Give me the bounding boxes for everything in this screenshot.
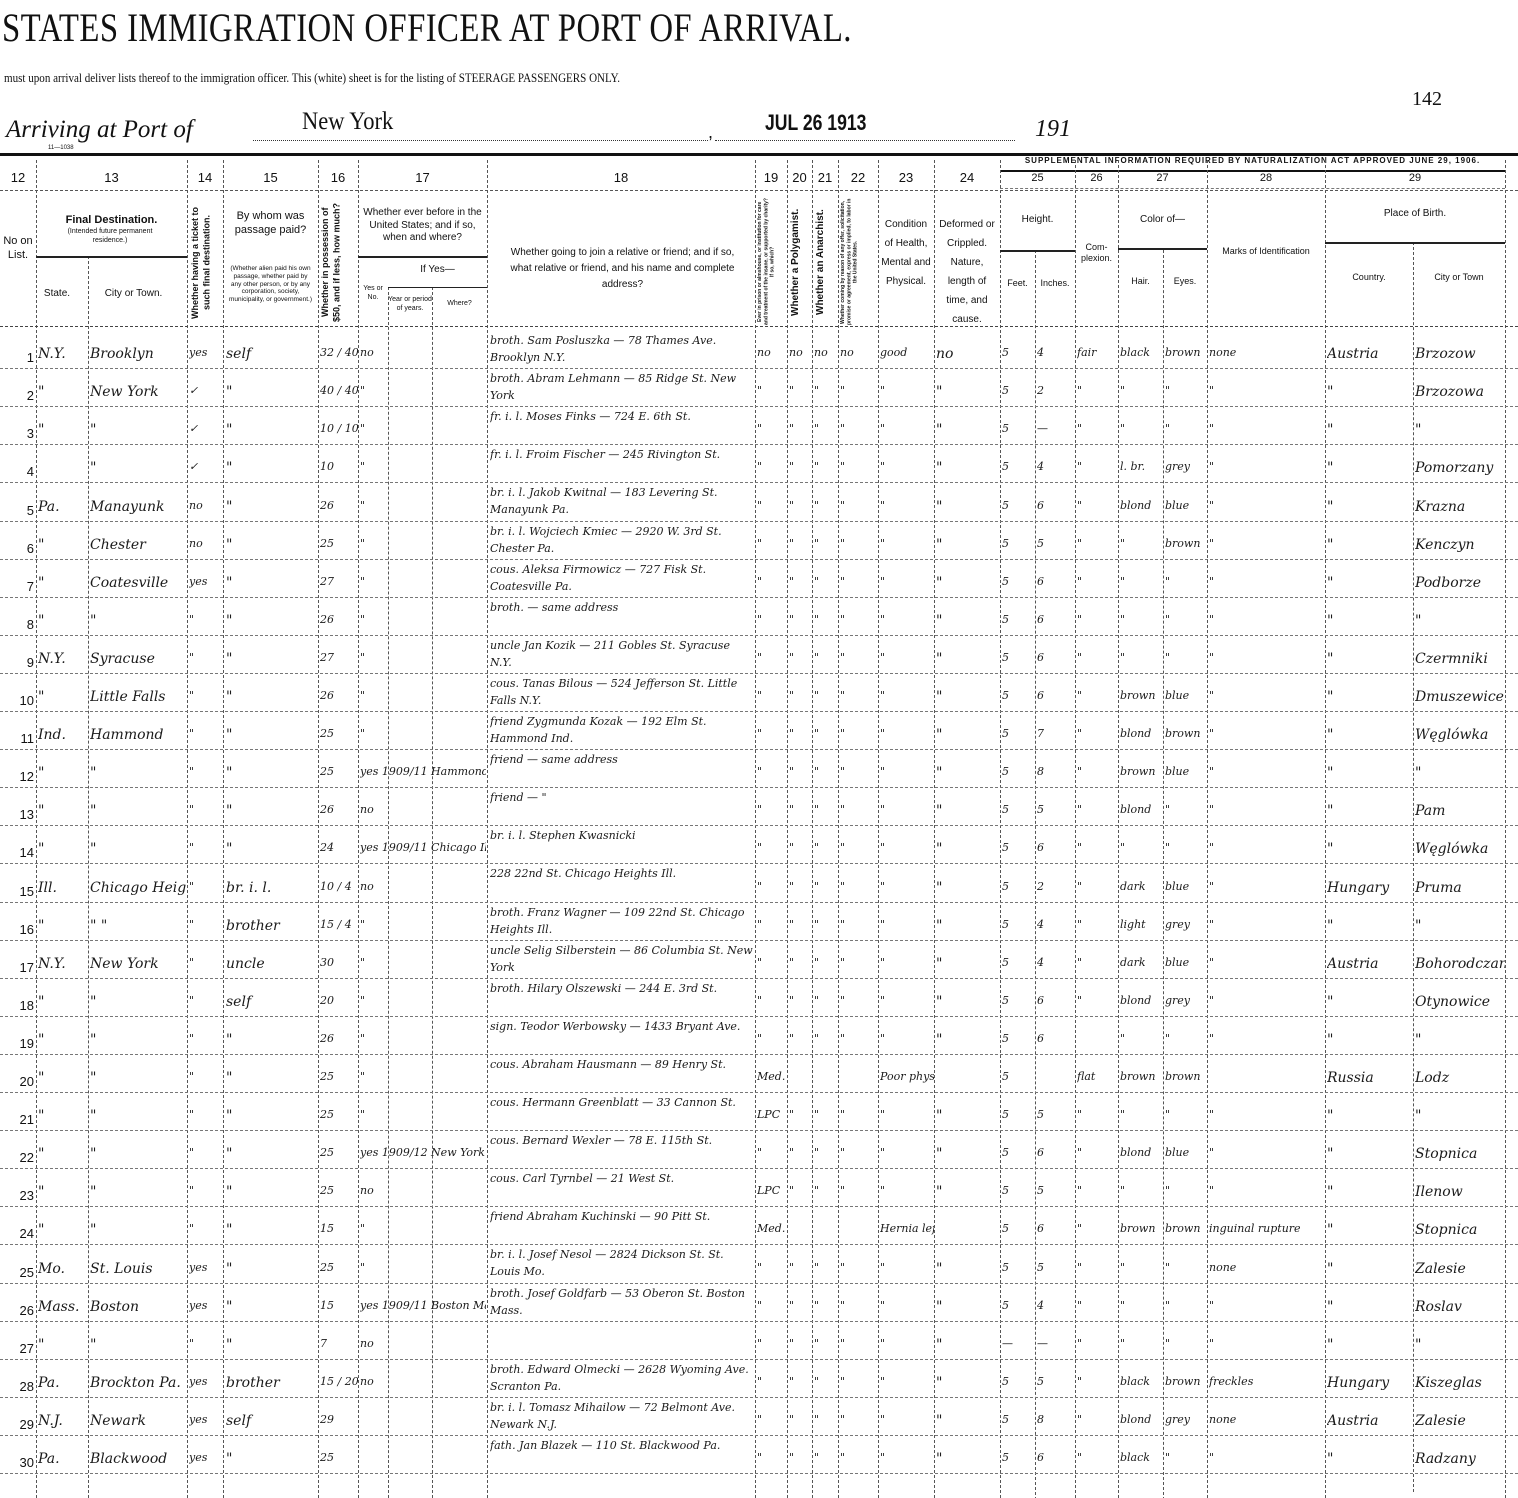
ticket-cell: "	[189, 956, 221, 969]
city-cell: Brockton Pa.	[90, 1375, 186, 1391]
complexion-cell: "	[1077, 422, 1117, 435]
deformed-cell: "	[936, 499, 998, 515]
health-cell: "	[880, 918, 934, 931]
deformed-cell: "	[936, 841, 998, 857]
previous-us-cell: no	[360, 1337, 486, 1350]
paid-by-cell: "	[226, 1222, 316, 1238]
col-14-num: 14	[187, 170, 223, 186]
col-24-num: 24	[934, 170, 1000, 186]
eye-color-cell: "	[1165, 841, 1206, 854]
height-inches-cell: 6	[1037, 651, 1073, 664]
previous-us-cell: yes 1909/12 New York	[360, 1146, 486, 1159]
polygamist-cell: "	[789, 1146, 811, 1159]
hair-color-cell: "	[1120, 575, 1162, 588]
health-cell: "	[880, 1451, 934, 1464]
row-number: 16	[0, 922, 34, 937]
deformed-cell: no	[936, 346, 998, 362]
birth-city-cell: Brzozow	[1415, 346, 1505, 362]
health-cell: "	[880, 651, 934, 664]
column-rule	[1207, 160, 1208, 1498]
marks-cell: "	[1209, 1299, 1323, 1312]
paid-by-cell: self	[226, 346, 316, 362]
prison-cell: "	[757, 1375, 787, 1388]
state-cell: "	[38, 537, 86, 553]
ticket-cell: yes	[189, 1451, 221, 1464]
birth-country-cell: "	[1327, 422, 1411, 438]
row-number: 13	[0, 807, 34, 822]
money-cell: 15	[320, 1222, 358, 1235]
row-rule	[0, 559, 1518, 560]
height-feet-cell: 5	[1002, 460, 1034, 473]
birth-city-cell: "	[1415, 422, 1505, 438]
labor-contract-cell: "	[840, 994, 876, 1007]
polygamist-cell: "	[789, 765, 811, 778]
previous-us-cell: yes 1909/11 Boston Mass.	[360, 1299, 486, 1312]
money-cell: 30	[320, 956, 358, 969]
complexion-cell: "	[1077, 765, 1117, 778]
money-cell: 25	[320, 1261, 358, 1274]
health-cell: "	[880, 765, 934, 778]
height-inches-cell: 6	[1037, 1032, 1073, 1045]
hair-color-cell: brown	[1120, 689, 1162, 702]
health-cell: "	[880, 1375, 934, 1388]
birth-city-cell: Kiszeglas	[1415, 1375, 1505, 1391]
height-inches-cell: 4	[1037, 346, 1073, 359]
complexion-cell: "	[1077, 1146, 1117, 1159]
arriving-label: Arriving at Port of	[6, 116, 193, 144]
previous-us-cell: "	[360, 1108, 486, 1121]
anarchist-cell: "	[814, 689, 836, 702]
col-13-num: 13	[36, 170, 187, 186]
header-bottom-rule	[0, 326, 1518, 327]
money-cell: 27	[320, 651, 358, 664]
deformed-cell: "	[936, 689, 998, 705]
row-rule	[0, 711, 1518, 712]
eye-color-cell: "	[1165, 613, 1206, 626]
height-feet-cell: 5	[1002, 689, 1034, 702]
labor-contract-cell: "	[840, 384, 876, 397]
col-17-num: 17	[358, 170, 487, 186]
previous-us-cell: yes 1909/11 Chicago Ill.	[360, 841, 486, 854]
polygamist-cell: "	[789, 1451, 811, 1464]
row-number: 25	[0, 1265, 34, 1280]
col-27-num: 27	[1118, 172, 1207, 186]
col-27-hair: Hair.	[1118, 276, 1163, 287]
row-number: 5	[0, 503, 34, 518]
eye-color-cell: brown	[1165, 346, 1206, 359]
join-relative-cell: broth. — same address	[490, 599, 754, 635]
birth-city-cell: "	[1415, 918, 1505, 934]
height-feet-cell: 5	[1002, 651, 1034, 664]
height-feet-cell: 5	[1002, 613, 1034, 626]
marks-cell: "	[1209, 1337, 1323, 1350]
marks-cell: "	[1209, 575, 1323, 588]
col-28-num: 28	[1207, 172, 1325, 186]
complexion-cell: fair	[1077, 346, 1117, 359]
ticket-cell: yes	[189, 1299, 221, 1312]
column-rule	[318, 160, 319, 1498]
previous-us-cell: "	[360, 994, 486, 1007]
previous-us-cell: no	[360, 880, 486, 893]
anarchist-cell: "	[814, 727, 836, 740]
row-rule	[0, 1244, 1518, 1245]
complexion-cell: "	[1077, 841, 1117, 854]
complexion-cell: "	[1077, 803, 1117, 816]
birth-country-cell: "	[1327, 1032, 1411, 1048]
col-18-num: 18	[487, 170, 755, 186]
join-relative-cell: br. i. l. Jakob Kwitnal — 183 Levering S…	[490, 484, 754, 520]
hair-color-cell: blond	[1120, 994, 1162, 1007]
prison-cell: Med. cert.	[757, 1222, 787, 1235]
health-cell: "	[880, 613, 934, 626]
city-cell: "	[90, 994, 186, 1010]
complexion-cell: "	[1077, 918, 1117, 931]
complexion-cell: "	[1077, 1108, 1117, 1121]
height-feet-cell: 5	[1002, 841, 1034, 854]
height-inches-cell: 2	[1037, 880, 1073, 893]
previous-us-cell: "	[360, 1032, 486, 1045]
paid-by-cell: self	[226, 994, 316, 1010]
row-rule	[0, 521, 1518, 522]
join-relative-cell: friend — same address	[490, 751, 754, 787]
previous-us-cell: "	[360, 689, 486, 702]
col-17-ifyes: If Yes—	[388, 264, 487, 277]
row-number: 2	[0, 388, 34, 403]
state-cell: "	[38, 689, 86, 705]
height-feet-cell: 5	[1002, 1413, 1034, 1426]
state-cell: Mass.	[38, 1299, 86, 1315]
row-number: 24	[0, 1226, 34, 1241]
city-cell: New York	[90, 384, 186, 400]
col-19-num: 19	[755, 170, 787, 186]
labor-contract-cell: "	[840, 765, 876, 778]
health-cell: "	[880, 1108, 934, 1121]
complexion-cell: "	[1077, 575, 1117, 588]
eye-color-cell: brown	[1165, 727, 1206, 740]
birth-country-cell: "	[1327, 1451, 1411, 1467]
ticket-cell: "	[189, 613, 221, 626]
year-prefix: 191	[1035, 116, 1071, 143]
col-21-num: 21	[812, 170, 838, 186]
marks-cell: "	[1209, 803, 1323, 816]
health-cell: "	[880, 1146, 934, 1159]
deformed-cell: "	[936, 1108, 998, 1124]
ticket-cell: "	[189, 841, 221, 854]
row-rule	[0, 1321, 1518, 1322]
birth-city-cell: Pruma	[1415, 880, 1505, 896]
previous-us-cell: no	[360, 346, 486, 359]
health-cell: "	[880, 956, 934, 969]
birth-country-cell: Hungary	[1327, 880, 1411, 896]
labor-contract-cell: "	[840, 1146, 876, 1159]
birth-city-cell: Lodz	[1415, 1070, 1505, 1086]
anarchist-cell: "	[814, 1032, 836, 1045]
hair-color-cell: "	[1120, 613, 1162, 626]
labor-contract-cell: "	[840, 651, 876, 664]
row-number: 18	[0, 998, 34, 1013]
money-cell: 10	[320, 460, 358, 473]
marks-cell: "	[1209, 918, 1323, 931]
birth-country-cell: "	[1327, 537, 1411, 553]
port-line	[253, 140, 708, 141]
prison-cell: "	[757, 460, 787, 473]
previous-us-cell: "	[360, 956, 486, 969]
state-cell: "	[38, 1108, 86, 1124]
city-cell: "	[90, 765, 186, 781]
birth-city-cell: "	[1415, 1108, 1505, 1124]
col-13-label: Final Destination.	[36, 214, 187, 228]
hair-color-cell: "	[1120, 1184, 1162, 1197]
eye-color-cell: grey	[1165, 460, 1206, 473]
anarchist-cell: "	[814, 1337, 836, 1350]
birth-city-cell: Roslav	[1415, 1299, 1505, 1315]
city-cell: Brooklyn	[90, 346, 186, 362]
column-rule	[934, 160, 935, 1498]
join-relative-cell: broth. Edward Olmecki — 2628 Wyoming Ave…	[490, 1361, 754, 1397]
column-rule	[36, 160, 37, 1498]
state-cell: "	[38, 803, 86, 819]
anarchist-cell: "	[814, 994, 836, 1007]
hair-color-cell: "	[1120, 841, 1162, 854]
previous-us-cell: "	[360, 537, 486, 550]
column-rule	[1325, 160, 1326, 1498]
state-cell: N.Y.	[38, 651, 86, 667]
polygamist-cell: "	[789, 1337, 811, 1350]
height-feet-cell: 5	[1002, 1146, 1034, 1159]
marks-cell: "	[1209, 499, 1323, 512]
col-12-num: 12	[0, 170, 36, 186]
join-relative-cell: uncle Selig Silberstein — 86 Columbia St…	[490, 942, 754, 978]
health-cell: "	[880, 689, 934, 702]
previous-us-cell: yes 1909/11 Hammond Ind.	[360, 765, 486, 778]
birth-city-cell: Zalesie	[1415, 1413, 1505, 1429]
column-rule	[1035, 250, 1036, 1498]
money-cell: 25	[320, 1070, 358, 1083]
prison-cell: "	[757, 384, 787, 397]
birth-country-cell: "	[1327, 1261, 1411, 1277]
birth-country-cell: "	[1327, 384, 1411, 400]
hair-color-cell: blond	[1120, 1146, 1162, 1159]
marks-cell: "	[1209, 460, 1323, 473]
health-cell: "	[880, 575, 934, 588]
complexion-cell: "	[1077, 613, 1117, 626]
row-rule	[0, 1168, 1518, 1169]
previous-us-cell: no	[360, 1375, 486, 1388]
column-rule	[187, 160, 188, 1498]
marks-cell: none	[1209, 1413, 1323, 1426]
col-29-rule	[1325, 242, 1505, 244]
state-cell: N.J.	[38, 1413, 86, 1429]
col-15-num: 15	[223, 170, 318, 186]
eye-color-cell: "	[1165, 575, 1206, 588]
anarchist-cell: "	[814, 1451, 836, 1464]
paid-by-cell: "	[226, 1337, 316, 1353]
row-rule	[0, 368, 1518, 369]
col-22-num: 22	[838, 170, 878, 186]
col-16-label: Whether in possession of $50, and if les…	[320, 198, 356, 326]
eye-color-cell: "	[1165, 1184, 1206, 1197]
polygamist-cell: "	[789, 537, 811, 550]
ticket-cell: no	[189, 499, 221, 512]
hair-color-cell: l. br.	[1120, 460, 1162, 473]
row-number: 22	[0, 1150, 34, 1165]
prison-cell: "	[757, 841, 787, 854]
complexion-cell: "	[1077, 537, 1117, 550]
marks-cell: "	[1209, 1108, 1323, 1121]
health-cell: "	[880, 1413, 934, 1426]
previous-us-cell: "	[360, 422, 486, 435]
polygamist-cell: "	[789, 613, 811, 626]
height-feet-cell: 5	[1002, 1261, 1034, 1274]
eye-color-cell: "	[1165, 384, 1206, 397]
row-number: 28	[0, 1379, 34, 1394]
birth-country-cell: "	[1327, 727, 1411, 743]
polygamist-cell: "	[789, 841, 811, 854]
birth-city-cell: Ilenow	[1415, 1184, 1505, 1200]
col-14-label: Whether having a ticket to such final de…	[190, 200, 220, 325]
eye-color-cell: "	[1165, 1032, 1206, 1045]
birth-country-cell: "	[1327, 1299, 1411, 1315]
height-inches-cell: 5	[1037, 803, 1073, 816]
anarchist-cell: "	[814, 1261, 836, 1274]
col-19-label: Ever in prison or almshouse, or institut…	[757, 198, 785, 326]
join-relative-cell: cous. Tanas Bilous — 524 Jefferson St. L…	[490, 675, 754, 711]
ticket-cell: "	[189, 803, 221, 816]
city-cell: "	[90, 1184, 186, 1200]
city-cell: " "	[90, 918, 186, 934]
birth-country-cell: "	[1327, 613, 1411, 629]
hair-color-cell: "	[1120, 1261, 1162, 1274]
city-cell: "	[90, 1032, 186, 1048]
deformed-cell: "	[936, 765, 998, 781]
ticket-cell: "	[189, 765, 221, 778]
paid-by-cell: "	[226, 1070, 316, 1086]
anarchist-cell: "	[814, 575, 836, 588]
previous-us-cell: "	[360, 613, 486, 626]
money-cell: 10 / 4	[320, 880, 358, 893]
polygamist-cell: "	[789, 1108, 811, 1121]
anarchist-cell: no	[814, 346, 836, 359]
city-cell: "	[90, 422, 186, 438]
deformed-cell: "	[936, 1451, 998, 1467]
birth-country-cell: "	[1327, 765, 1411, 781]
row-rule	[0, 1092, 1518, 1093]
city-cell: Little Falls	[90, 689, 186, 705]
height-feet-cell: —	[1002, 1337, 1034, 1350]
col-25-feet: Feet.	[1000, 278, 1035, 289]
col-15-sub: (Whether alien paid his own passage, whe…	[228, 265, 313, 304]
column-rule	[838, 160, 839, 1498]
birth-city-cell: Bohorodczany	[1415, 956, 1505, 972]
eye-color-cell: "	[1165, 1337, 1206, 1350]
height-inches-cell: 5	[1037, 1184, 1073, 1197]
deformed-cell: "	[936, 956, 998, 972]
eye-color-cell: brown	[1165, 1070, 1206, 1083]
labor-contract-cell: "	[840, 422, 876, 435]
row-number: 30	[0, 1455, 34, 1470]
col-24-label: Deformed or Crippled. Nature, length of …	[936, 215, 998, 329]
anarchist-cell: "	[814, 384, 836, 397]
hair-color-cell: brown	[1120, 1070, 1162, 1083]
city-cell: Boston	[90, 1299, 186, 1315]
previous-us-cell: "	[360, 1261, 486, 1274]
height-feet-cell: 5	[1002, 727, 1034, 740]
height-inches-cell: 5	[1037, 1375, 1073, 1388]
anarchist-cell: "	[814, 1413, 836, 1426]
eye-color-cell: "	[1165, 1451, 1206, 1464]
complexion-cell: "	[1077, 1451, 1117, 1464]
col-27-label: Color of—	[1118, 214, 1207, 227]
height-inches-cell: 5	[1037, 537, 1073, 550]
height-feet-cell: 5	[1002, 1108, 1034, 1121]
health-cell: "	[880, 1261, 934, 1274]
height-feet-cell: 5	[1002, 1451, 1034, 1464]
anarchist-cell: "	[814, 956, 836, 969]
ticket-cell: yes	[189, 1413, 221, 1426]
marks-cell: inguinal rupture	[1209, 1222, 1323, 1235]
prison-cell: "	[757, 613, 787, 626]
form-instructions: must upon arrival deliver lists thereof …	[4, 70, 620, 86]
state-cell: Mo.	[38, 1261, 86, 1277]
money-cell: 24	[320, 841, 358, 854]
city-cell: Chicago Heights	[90, 880, 186, 896]
health-cell: "	[880, 803, 934, 816]
hair-color-cell: blond	[1120, 803, 1162, 816]
anarchist-cell: "	[814, 1146, 836, 1159]
ticket-cell: "	[189, 918, 221, 931]
state-cell: "	[38, 422, 86, 438]
birth-country-cell: "	[1327, 918, 1411, 934]
city-cell: Blackwood	[90, 1451, 186, 1467]
state-cell: "	[38, 1070, 86, 1086]
marks-cell: "	[1209, 841, 1323, 854]
join-relative-cell: fr. i. l. Moses Finks — 724 E. 6th St.	[490, 408, 754, 444]
height-inches-cell: 5	[1037, 1261, 1073, 1274]
paid-by-cell: "	[226, 1184, 316, 1200]
row-rule	[0, 1206, 1518, 1207]
anarchist-cell: "	[814, 537, 836, 550]
row-number: 26	[0, 1303, 34, 1318]
money-cell: 15 / 20	[320, 1375, 358, 1388]
height-inches-cell: 6	[1037, 689, 1073, 702]
marks-cell: "	[1209, 765, 1323, 778]
health-cell: "	[880, 994, 934, 1007]
ticket-cell: "	[189, 1184, 221, 1197]
paid-by-cell: "	[226, 384, 316, 400]
birth-city-cell: Dmuszewice	[1415, 689, 1505, 705]
deformed-cell: "	[936, 1184, 998, 1200]
birth-city-cell: "	[1415, 613, 1505, 629]
ticket-cell: ✓	[189, 460, 221, 473]
col-20-label: Whether a Polygamist.	[790, 198, 810, 326]
height-inches-cell: 8	[1037, 765, 1073, 778]
money-cell: 10 / 10	[320, 422, 358, 435]
height-feet-cell: 5	[1002, 575, 1034, 588]
paid-by-cell: "	[226, 537, 316, 553]
row-rule	[0, 444, 1518, 445]
eye-color-cell: brown	[1165, 537, 1206, 550]
ticket-cell: no	[189, 537, 221, 550]
height-inches-cell: 4	[1037, 918, 1073, 931]
labor-contract-cell: "	[840, 1337, 876, 1350]
join-relative-cell: 228 22nd St. Chicago Heights Ill.	[490, 865, 754, 901]
state-cell: Pa.	[38, 1451, 86, 1467]
col-17-yesno: Yes or No.	[358, 285, 388, 303]
complexion-cell: "	[1077, 499, 1117, 512]
column-rule	[487, 160, 488, 1498]
city-cell: Chester	[90, 537, 186, 553]
paid-by-cell: "	[226, 575, 316, 591]
